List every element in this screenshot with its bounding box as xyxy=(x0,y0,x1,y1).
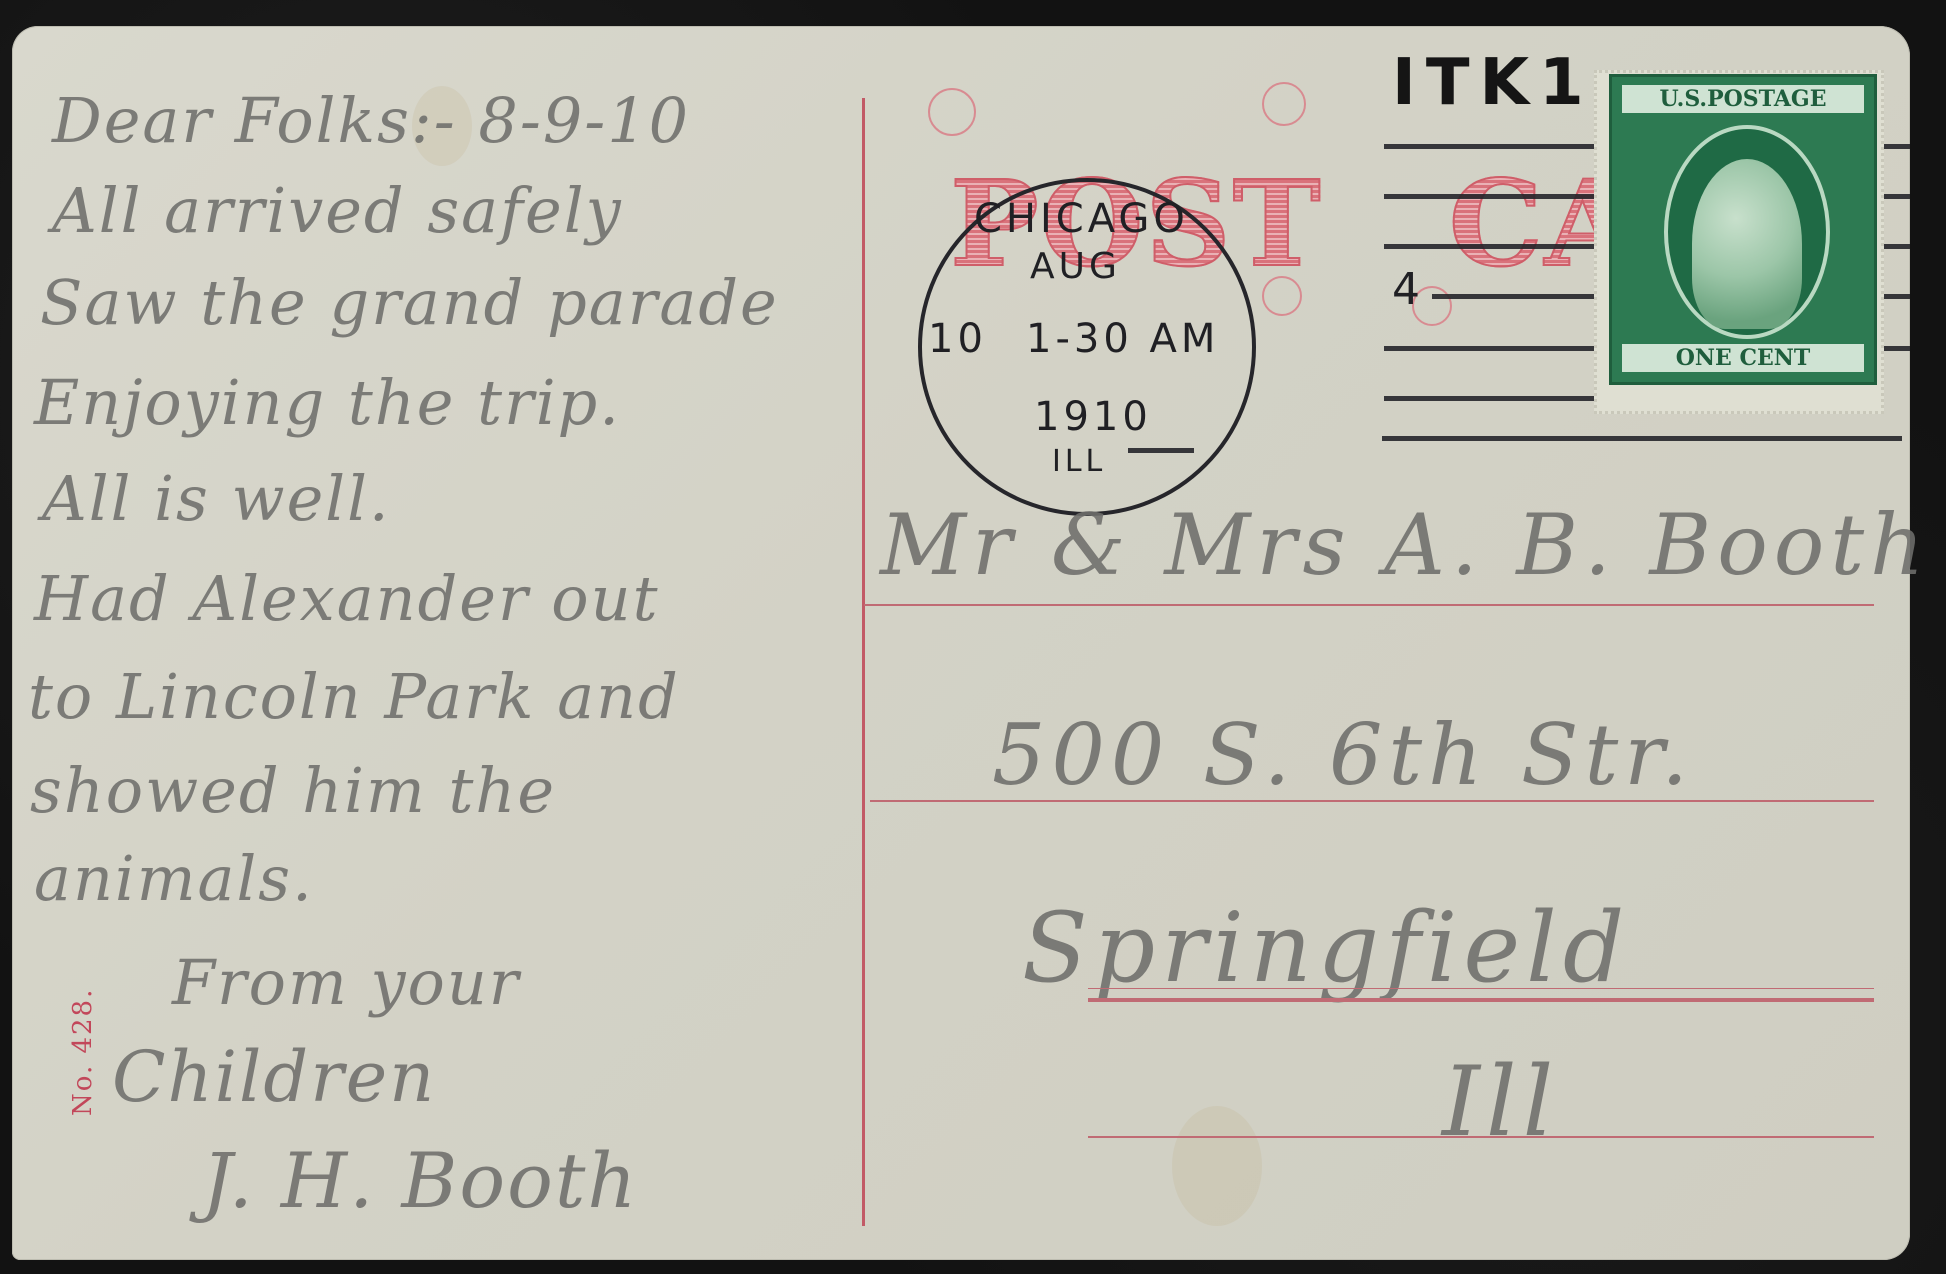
message-line: All is well. xyxy=(42,462,391,535)
stamp-bottom-text: ONE CENT xyxy=(1622,344,1864,372)
message-line: Had Alexander out xyxy=(34,562,659,635)
center-divider xyxy=(862,98,865,1226)
message-line: Enjoying the trip. xyxy=(34,366,621,439)
ornament-swirl xyxy=(928,88,976,136)
cancel-line xyxy=(1384,144,1596,149)
postmark-time: 1-30 AM xyxy=(1026,316,1219,362)
stain xyxy=(1172,1106,1262,1226)
message-closing: From your xyxy=(172,946,520,1019)
address-rule xyxy=(1088,1136,1874,1138)
address-rule xyxy=(1088,988,1874,989)
message-line: All arrived safely xyxy=(52,174,623,247)
postmark-year: 1910 xyxy=(1034,394,1152,440)
cancel-line xyxy=(1432,294,1596,299)
address-rule xyxy=(864,604,1874,606)
ornament-swirl xyxy=(1262,82,1306,126)
message-closing: Children xyxy=(112,1036,436,1118)
cancel-number: 4 xyxy=(1392,264,1424,315)
message-line: showed him the xyxy=(30,754,556,827)
cancel-line xyxy=(1384,346,1596,351)
publisher-number: No. 428. xyxy=(68,988,98,1116)
postmark-city: CHICAGO xyxy=(974,196,1189,242)
postage-stamp: U.S.POSTAGE ONE CENT xyxy=(1609,74,1877,385)
postmark-state: ILL xyxy=(1052,444,1106,479)
stamp-portrait-oval xyxy=(1664,125,1830,339)
message-line: animals. xyxy=(34,842,314,915)
postmark-circle: CHICAGO AUG 10 1-30 AM 1910 ILL xyxy=(918,178,1256,516)
address-recipient: Mr & Mrs A. B. Booth xyxy=(880,496,1930,594)
message-greeting: Dear Folks:- 8-9-10 xyxy=(52,84,690,157)
address-rule-double xyxy=(1088,998,1874,1002)
message-signature: J. H. Booth xyxy=(202,1136,638,1225)
message-line: to Lincoln Park and xyxy=(28,660,680,733)
address-state: Ill xyxy=(1442,1046,1559,1158)
postmark-month: AUG xyxy=(1030,246,1121,287)
identifier-label: ITK1 xyxy=(1392,46,1594,120)
message-line: Saw the grand parade xyxy=(40,266,779,339)
cancel-line xyxy=(1384,194,1596,199)
address-street: 500 S. 6th Str. xyxy=(992,706,1694,804)
cancel-line xyxy=(1382,436,1902,441)
address-rule xyxy=(870,800,1874,802)
postmark-day: 10 xyxy=(928,316,987,362)
cancel-line xyxy=(1384,244,1596,249)
stamp-top-text: U.S.POSTAGE xyxy=(1622,85,1864,113)
portrait-icon xyxy=(1692,159,1802,329)
postcard: Dear Folks:- 8-9-10 All arrived safely S… xyxy=(12,26,1910,1260)
